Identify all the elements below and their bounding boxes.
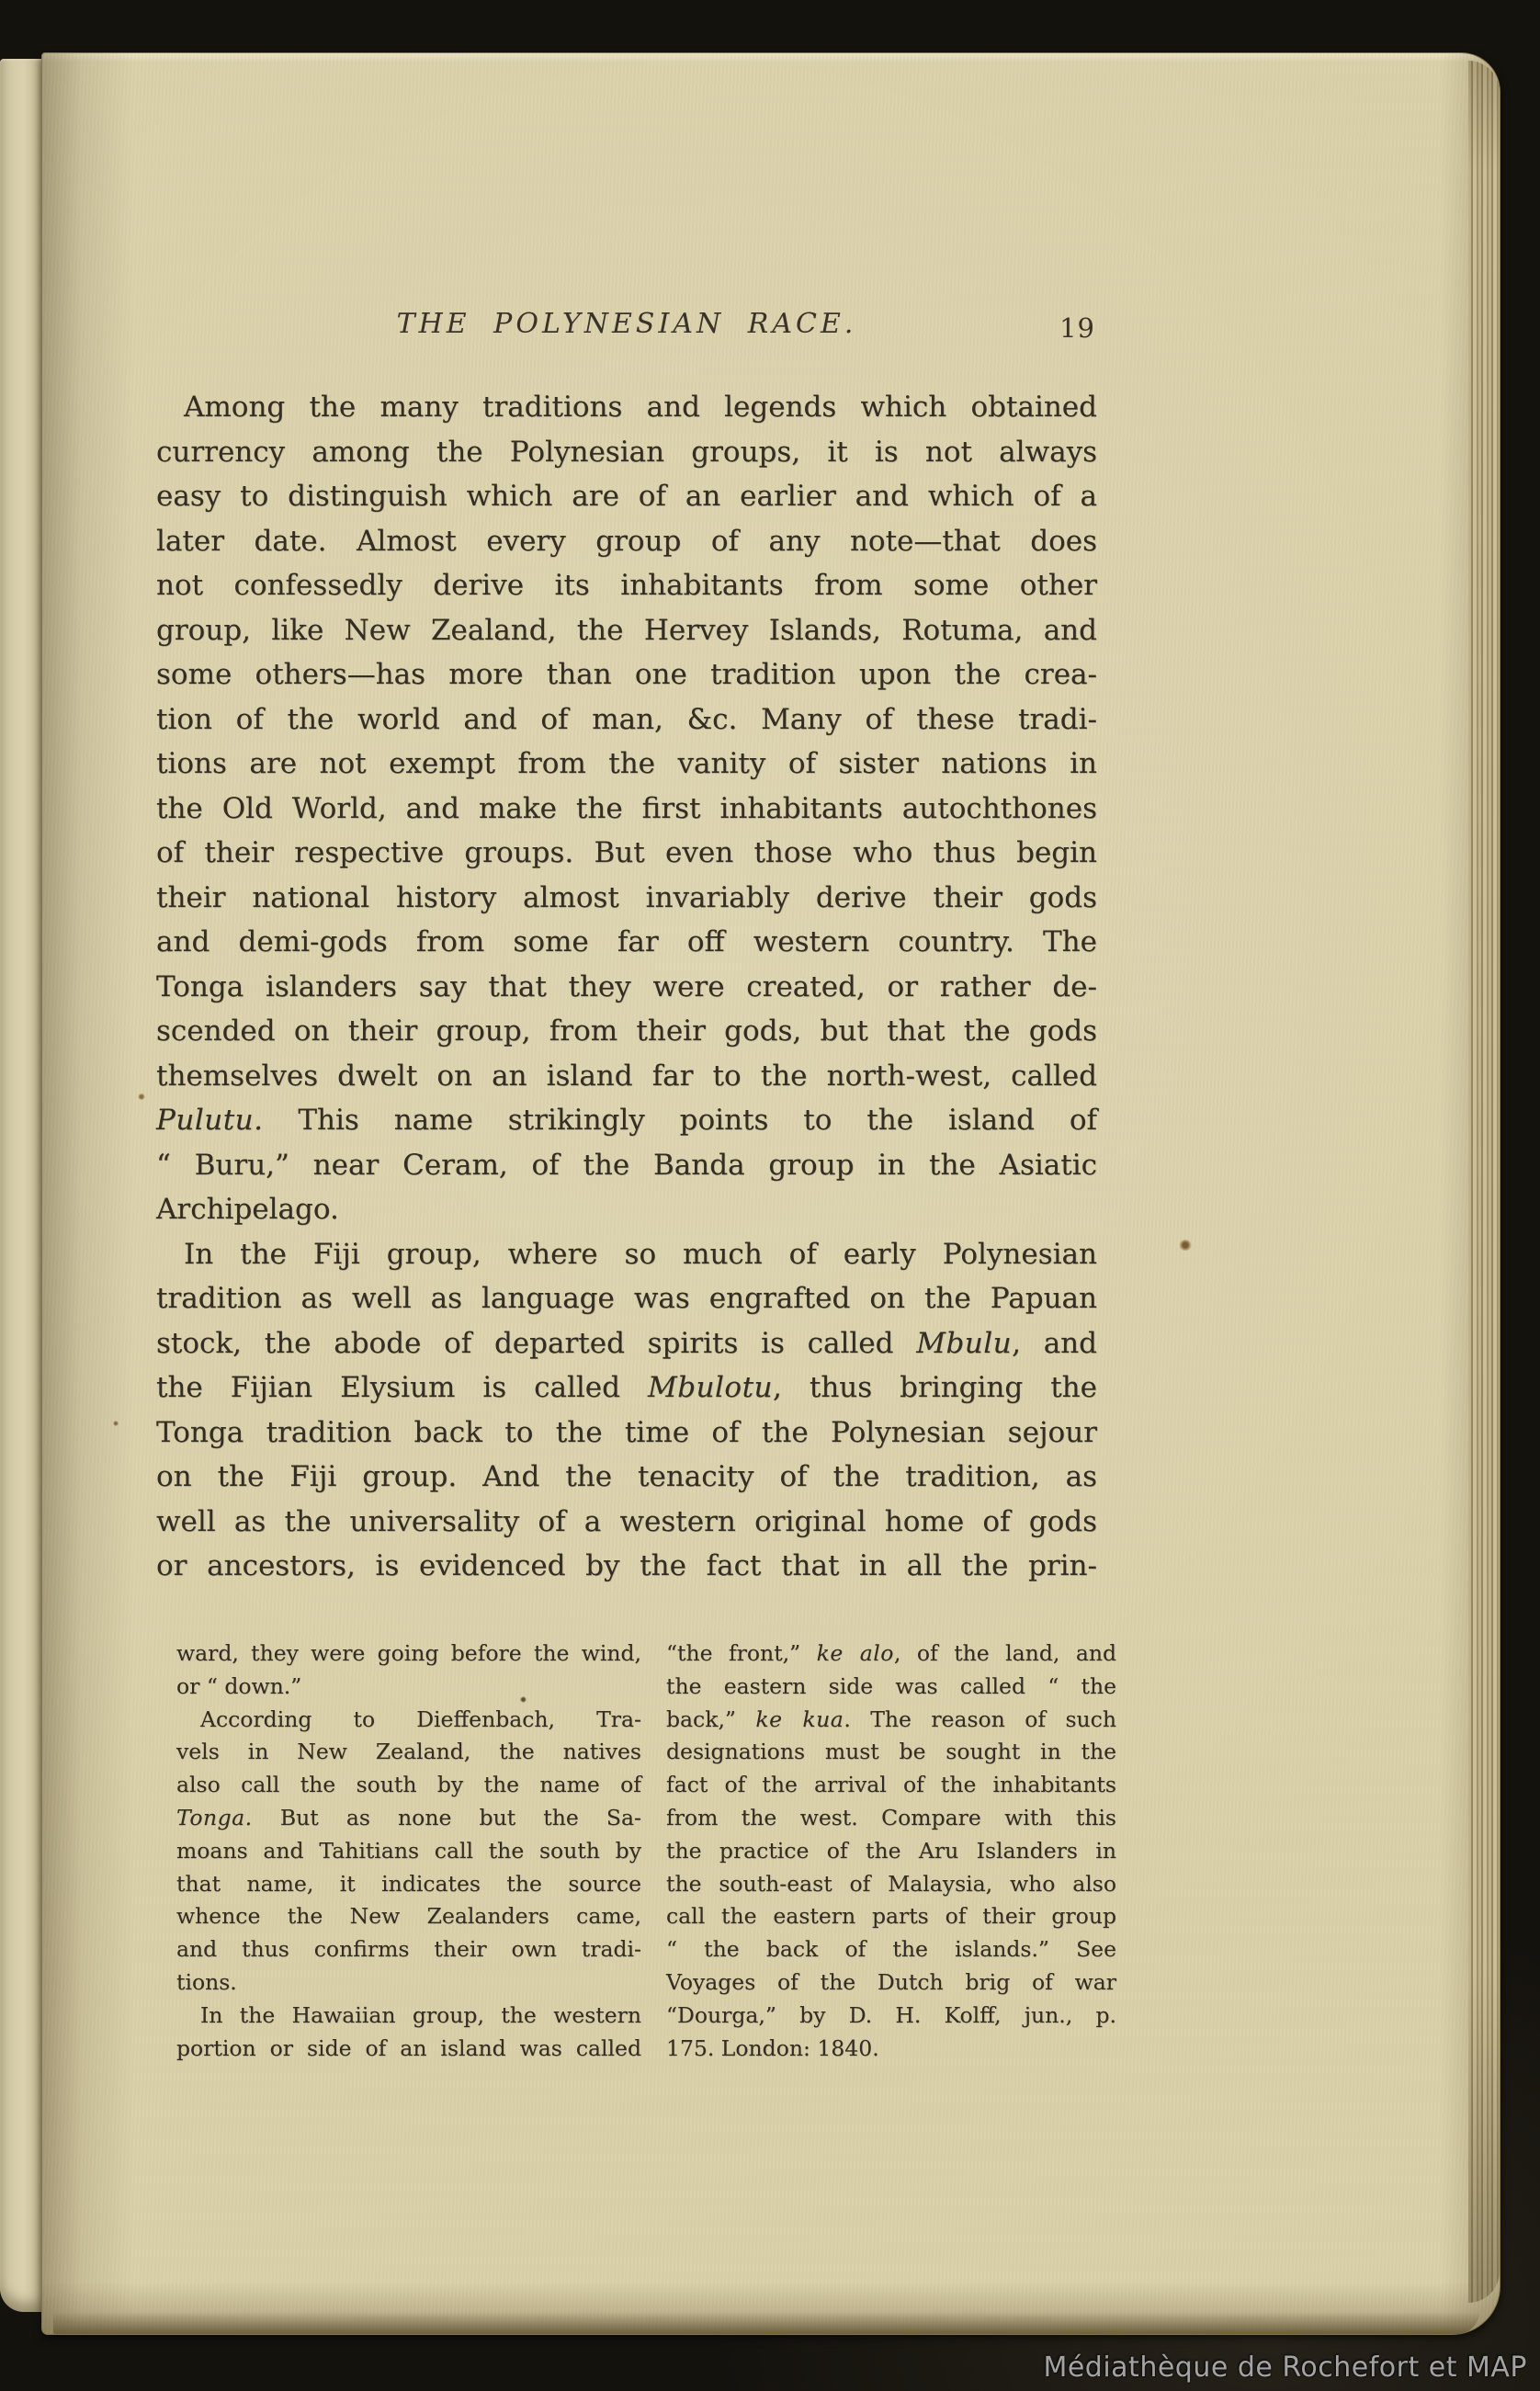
text-line: and thus confirms their own tradi- bbox=[176, 1933, 641, 1966]
page-header: THE POLYNESIAN RACE. 19 bbox=[156, 302, 1097, 346]
text-line: In the Hawaiian group, the western bbox=[176, 2000, 641, 2033]
text-line: the eastern side was called “ the bbox=[666, 1671, 1116, 1704]
text-line: “ the back of the islands.” See bbox=[666, 1933, 1116, 1966]
text-line: Tonga. But as none but the Sa- bbox=[176, 1802, 641, 1835]
running-title: THE POLYNESIAN RACE. bbox=[156, 302, 1097, 346]
text-line: Voyages of the Dutch brig of war bbox=[666, 1966, 1116, 2000]
text-line: Among the many traditions and legends wh… bbox=[156, 385, 1097, 430]
text-line: from the west. Compare with this bbox=[666, 1802, 1116, 1835]
text-line: In the Fiji group, where so much of earl… bbox=[156, 1232, 1097, 1277]
book-page: THE POLYNESIAN RACE. 19 Among the many t… bbox=[42, 53, 1500, 2334]
text-line: their national history almost invariably… bbox=[156, 876, 1097, 921]
bottom-page-edge bbox=[53, 2312, 1479, 2334]
text-line: Tonga tradition back to the time of the … bbox=[156, 1411, 1097, 1456]
body-text: Among the many traditions and legends wh… bbox=[156, 385, 1097, 1589]
text-line: of their respective groups. But even tho… bbox=[156, 831, 1097, 876]
text-line: easy to distinguish which are of an earl… bbox=[156, 474, 1097, 519]
text-line: not confessedly derive its inhabitants f… bbox=[156, 563, 1097, 608]
footnote-right-column: “the front,” ke alo, of the land, andthe… bbox=[666, 1637, 1116, 2065]
text-line: 175. London: 1840. bbox=[666, 2033, 1116, 2066]
text-line: Tonga islanders say that they were creat… bbox=[156, 965, 1097, 1010]
scan-background: THE POLYNESIAN RACE. 19 Among the many t… bbox=[0, 0, 1540, 2391]
text-line: tions are not exempt from the vanity of … bbox=[156, 742, 1097, 787]
text-line: back,” ke kua. The reason of such bbox=[666, 1704, 1116, 1737]
text-line: well as the universality of a western or… bbox=[156, 1500, 1097, 1545]
text-line: Archipelago. bbox=[156, 1187, 1097, 1232]
text-line: the Old World, and make the first inhabi… bbox=[156, 787, 1097, 832]
text-line: stock, the abode of departed spirits is … bbox=[156, 1321, 1097, 1366]
text-line: tions. bbox=[176, 1966, 641, 2000]
text-line: the practice of the Aru Islanders in bbox=[666, 1835, 1116, 1868]
text-line: tion of the world and of man, &c. Many o… bbox=[156, 697, 1097, 742]
text-line: designations must be sought in the bbox=[666, 1736, 1116, 1769]
watermark-text: Médiathèque de Rochefort et MAP bbox=[1043, 2351, 1527, 2384]
text-line: group, like New Zealand, the Hervey Isla… bbox=[156, 608, 1097, 653]
text-line: scended on their group, from their gods,… bbox=[156, 1009, 1097, 1054]
text-line: fact of the arrival of the inhabitants bbox=[666, 1769, 1116, 1802]
text-line: some others—has more than one tradition … bbox=[156, 652, 1097, 697]
text-line: ward, they were going before the wind, bbox=[176, 1637, 641, 1671]
text-line: “ Buru,” near Ceram, of the Banda group … bbox=[156, 1143, 1097, 1188]
text-line: also call the south by the name of bbox=[176, 1769, 641, 1802]
footnote-left-column: ward, they were going before the wind,or… bbox=[176, 1637, 641, 2065]
text-line: or “ down.” bbox=[176, 1671, 641, 1704]
text-line: portion or side of an island was called bbox=[176, 2033, 641, 2066]
text-line: call the eastern parts of their group bbox=[666, 1900, 1116, 1933]
text-line: According to Dieffenbach, Tra- bbox=[176, 1704, 641, 1737]
facing-page-sliver bbox=[0, 59, 42, 2312]
foxing-spot bbox=[113, 1421, 119, 1426]
text-line: Pulutu. This name strikingly points to t… bbox=[156, 1098, 1097, 1143]
text-line: vels in New Zealand, the natives bbox=[176, 1736, 641, 1769]
text-line: and demi-gods from some far off western … bbox=[156, 920, 1097, 965]
text-line: moans and Tahitians call the south by bbox=[176, 1835, 641, 1868]
page-number: 19 bbox=[1059, 308, 1095, 348]
text-line: tradition as well as language was engraf… bbox=[156, 1276, 1097, 1321]
text-line: “Dourga,” by D. H. Kolff, jun., p. bbox=[666, 2000, 1116, 2033]
text-line: whence the New Zealanders came, bbox=[176, 1900, 641, 1933]
text-line: or ancestors, is evidenced by the fact t… bbox=[156, 1544, 1097, 1589]
fore-edge-page-stack bbox=[1468, 61, 1500, 2303]
foxing-spot bbox=[1179, 1240, 1192, 1251]
text-line: that name, it indicates the source bbox=[176, 1868, 641, 1901]
text-line: themselves dwelt on an island far to the… bbox=[156, 1054, 1097, 1099]
text-line: on the Fiji group. And the tenacity of t… bbox=[156, 1455, 1097, 1500]
foxing-spot bbox=[138, 1094, 145, 1100]
text-line: currency among the Polynesian groups, it… bbox=[156, 430, 1097, 475]
text-line: the south-east of Malaysia, who also bbox=[666, 1868, 1116, 1901]
text-line: “the front,” ke alo, of the land, and bbox=[666, 1637, 1116, 1671]
text-line: later date. Almost every group of any no… bbox=[156, 519, 1097, 564]
text-line: the Fijian Elysium is called Mbulotu, th… bbox=[156, 1365, 1097, 1411]
